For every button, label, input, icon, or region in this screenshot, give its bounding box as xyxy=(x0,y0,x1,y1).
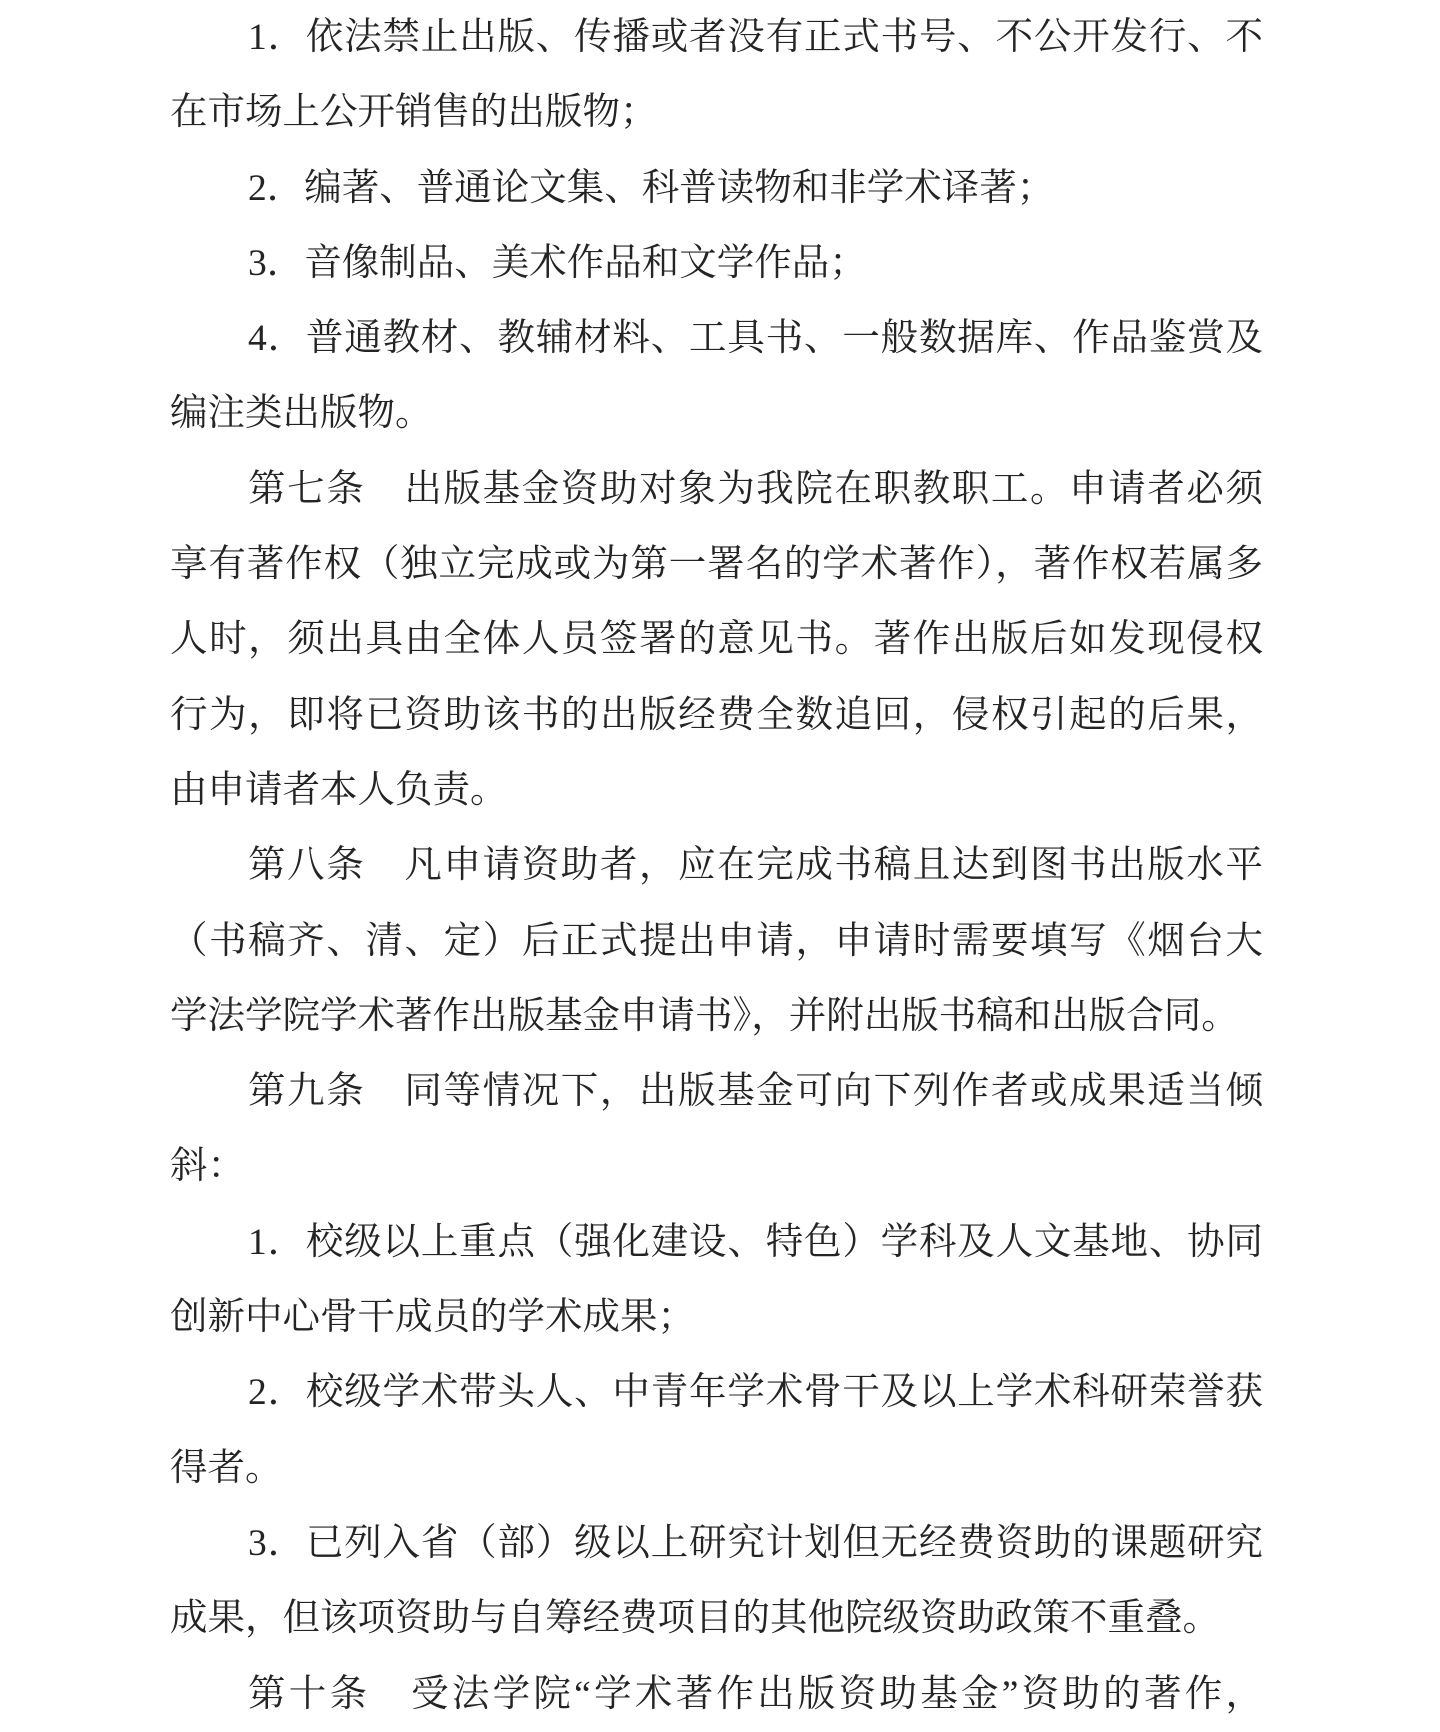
text-line: 3．音像制品、美术作品和文学作品； xyxy=(170,226,1263,301)
text-line: 在市场上公开销售的出版物； xyxy=(170,75,1263,150)
text-line: 创新中心骨干成员的学术成果； xyxy=(170,1280,1263,1355)
text-line: 人时，须出具由全体人员签署的意见书。著作出版后如发现侵权 xyxy=(170,602,1263,677)
text-line: 成果，但该项资助与自筹经费项目的其他院级资助政策不重叠。 xyxy=(170,1581,1263,1656)
text-line: 编注类出版物。 xyxy=(170,376,1263,451)
text-line: 4．普通教材、教辅材料、工具书、一般数据库、作品鉴赏及 xyxy=(170,301,1263,376)
text-line: 斜： xyxy=(170,1129,1263,1204)
text-line: 享有著作权（独立完成或为第一署名的学术著作），著作权若属多 xyxy=(170,527,1263,602)
text-line: 3．已列入省（部）级以上研究计划但无经费资助的课题研究 xyxy=(170,1506,1263,1581)
text-line: 由申请者本人负责。 xyxy=(170,753,1263,828)
text-line: 2．校级学术带头人、中青年学术骨干及以上学术科研荣誉获 xyxy=(170,1355,1263,1430)
text-line: 第八条 凡申请资助者，应在完成书稿且达到图书出版水平 xyxy=(170,828,1263,903)
document-page: 1．依法禁止出版、传播或者没有正式书号、不公开发行、不 在市场上公开销售的出版物… xyxy=(0,0,1440,1732)
text-line: 第七条 出版基金资助对象为我院在职教职工。申请者必须 xyxy=(170,452,1263,527)
text-line: 1．依法禁止出版、传播或者没有正式书号、不公开发行、不 xyxy=(170,0,1263,75)
text-line: 2．编著、普通论文集、科普读物和非学术译著； xyxy=(170,151,1263,226)
text-line: 第十条 受法学院“学术著作出版资助基金”资助的著作， xyxy=(170,1657,1263,1732)
text-line: 得者。 xyxy=(170,1431,1263,1506)
text-line: 学法学院学术著作出版基金申请书》，并附出版书稿和出版合同。 xyxy=(170,979,1263,1054)
text-line: 第九条 同等情况下，出版基金可向下列作者或成果适当倾 xyxy=(170,1054,1263,1129)
text-line: 1．校级以上重点（强化建设、特色）学科及人文基地、协同 xyxy=(170,1205,1263,1280)
text-line: 行为，即将已资助该书的出版经费全数追回，侵权引起的后果， xyxy=(170,678,1263,753)
text-line: （书稿齐、清、定）后正式提出申请，申请时需要填写《烟台大 xyxy=(170,904,1263,979)
